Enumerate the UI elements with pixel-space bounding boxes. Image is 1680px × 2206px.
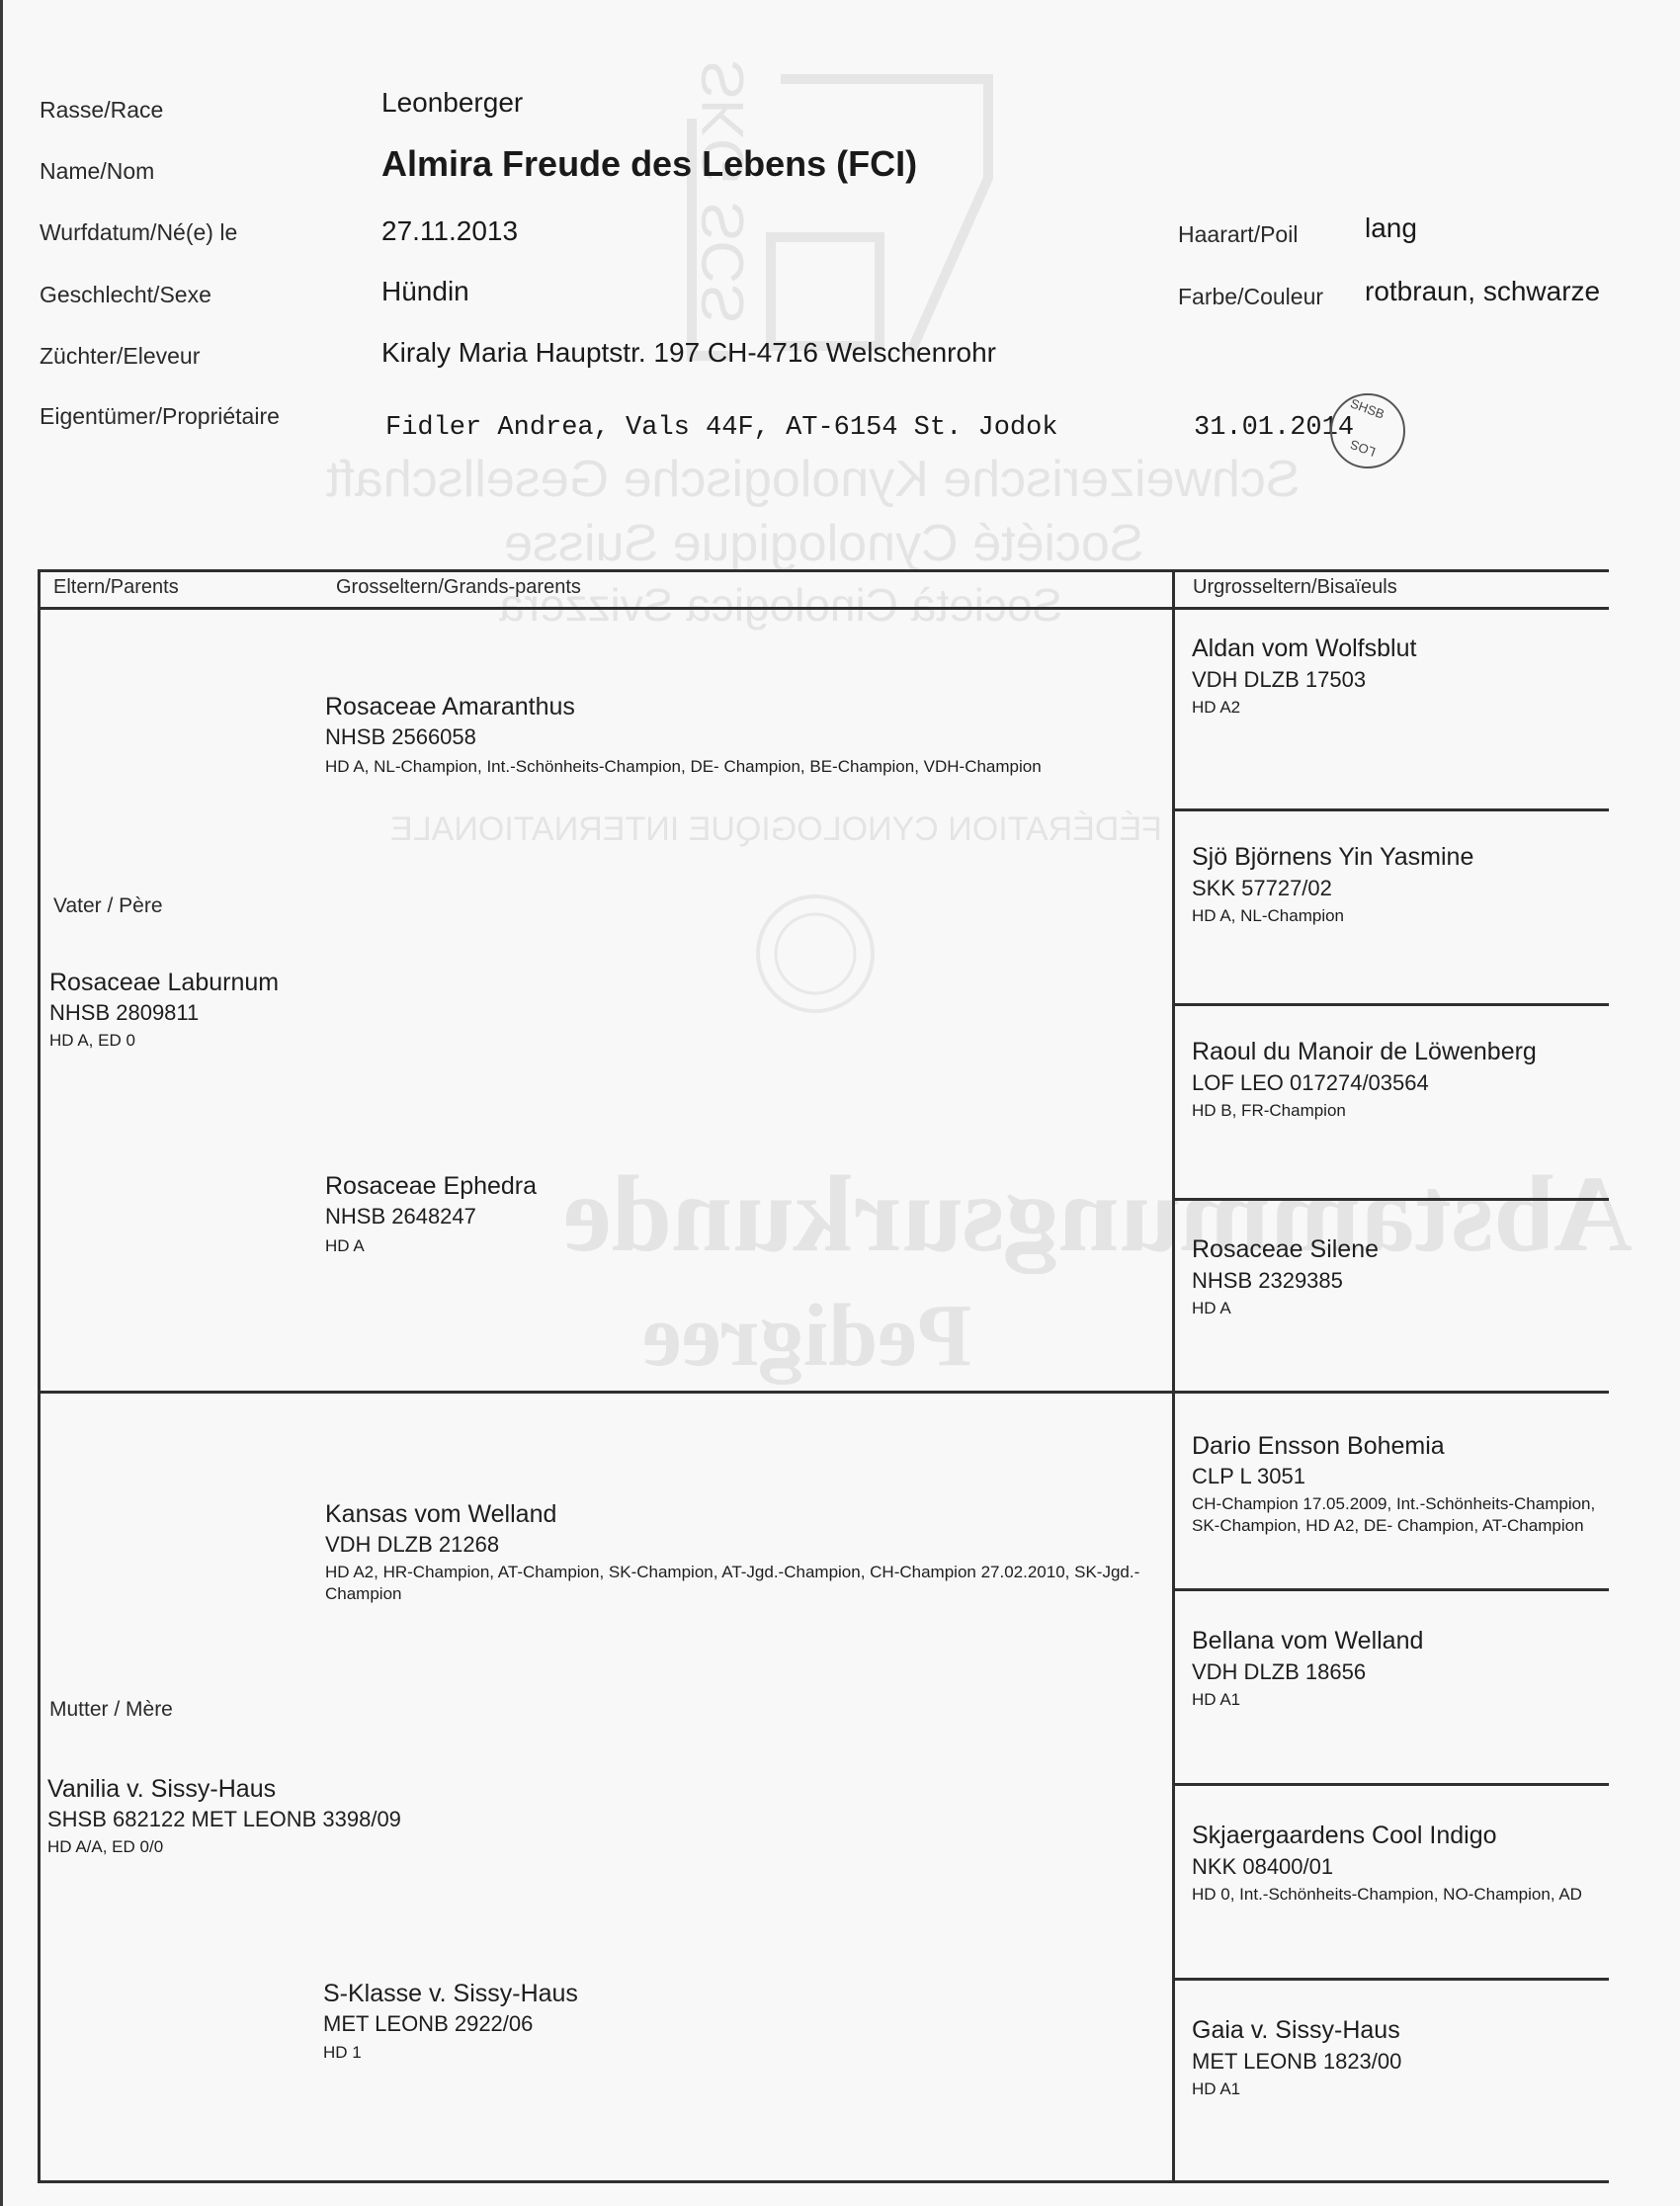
grandparent-name: S-Klasse v. Sissy-Haus <box>323 1980 578 2008</box>
skg-logo-watermark <box>672 59 998 366</box>
watermark-society-fr: Société Cynologique Suisse <box>504 514 1144 573</box>
ggp-row-divider <box>1172 1783 1609 1786</box>
great-grandparent-reg: SKK 57727/02 <box>1192 876 1332 901</box>
great-grandparent-reg: VDH DLZB 18656 <box>1192 1659 1366 1685</box>
grandparent-name: Rosaceae Ephedra <box>325 1172 537 1201</box>
great-grandparent-name: Rosaceae Silene <box>1192 1235 1379 1264</box>
sire-reg: NHSB 2809811 <box>49 1000 199 1026</box>
great-grandparent-name: Bellana vom Welland <box>1192 1627 1423 1655</box>
great-grandparent-name: Aldan vom Wolfsblut <box>1192 635 1416 663</box>
great-grandparent-notes: HD A1 <box>1192 1689 1240 1711</box>
great-grandparent-notes: HD A2 <box>1192 697 1240 719</box>
great-grandparent-notes: HD A <box>1192 1298 1231 1319</box>
sire-notes: HD A, ED 0 <box>49 1030 135 1052</box>
great-grandparent-reg: NHSB 2329385 <box>1192 1268 1343 1294</box>
registry-stamp: SHSB LOS <box>1330 393 1405 468</box>
watermark-logo-text: SKG SCS <box>694 59 753 323</box>
great-grandparent-notes: HD 0, Int.-Schönheits-Champion, NO-Champ… <box>1192 1884 1608 1906</box>
page-edge <box>0 0 3 2206</box>
table-sire-dam-divider <box>38 1391 1609 1394</box>
sire-name: Rosaceae Laburnum <box>49 969 279 997</box>
coat-label: Haarart/Poil <box>1178 221 1298 248</box>
breed-value: Leonberger <box>381 87 523 119</box>
great-grandparent-name: Gaia v. Sissy-Haus <box>1192 2016 1400 2045</box>
grandparent-notes: HD A <box>325 1235 365 1257</box>
stamp-top-text: SHSB <box>1349 395 1386 421</box>
great-grandparent-name: Dario Ensson Bohemia <box>1192 1432 1445 1461</box>
birth-date-value: 27.11.2013 <box>381 215 518 247</box>
grandparent-reg: NHSB 2648247 <box>325 1204 476 1230</box>
stamp-bottom-text: LOS <box>1348 437 1378 460</box>
sex-value: Hündin <box>381 276 469 307</box>
table-left-border <box>38 569 41 2182</box>
grandparent-notes: HD A, NL-Champion, Int.-Schönheits-Champ… <box>325 756 1042 778</box>
great-grandparent-notes: HD B, FR-Champion <box>1192 1100 1346 1122</box>
grandparent-reg: NHSB 2566058 <box>325 724 476 750</box>
ggp-row-divider <box>1172 1003 1609 1006</box>
breed-label: Rasse/Race <box>40 97 163 124</box>
header-parents: Eltern/Parents <box>53 576 179 599</box>
fci-globe-watermark <box>751 890 880 1018</box>
ggp-row-divider <box>1172 1198 1609 1201</box>
watermark-fci: FÉDÉRATION CYNOLOGIQUE INTERNATIONALE <box>390 810 1162 849</box>
owner-label: Eigentümer/Propriétaire <box>40 403 280 430</box>
grandparent-reg: MET LEONB 2922/06 <box>323 2011 533 2037</box>
dam-name: Vanilia v. Sissy-Haus <box>47 1775 276 1804</box>
great-grandparent-reg: CLP L 3051 <box>1192 1464 1305 1489</box>
name-label: Name/Nom <box>40 158 154 185</box>
sire-role-label: Vater / Père <box>53 894 163 918</box>
color-label: Farbe/Couleur <box>1178 284 1323 310</box>
watermark-society-de: Schweizerische Kynologische Gesellschaft <box>326 450 1301 509</box>
table-header-border <box>38 607 1609 610</box>
ggp-row-divider <box>1172 808 1609 811</box>
grandparent-notes: HD A2, HR-Champion, AT-Champion, SK-Cham… <box>325 1562 1165 1605</box>
dog-name-value: Almira Freude des Lebens (FCI) <box>381 143 917 185</box>
grandparent-name: Rosaceae Amaranthus <box>325 693 575 721</box>
great-grandparent-notes: HD A, NL-Champion <box>1192 905 1344 927</box>
header-great-grandparents: Urgrosseltern/Bisaïeuls <box>1193 576 1397 599</box>
great-grandparent-reg: VDH DLZB 17503 <box>1192 667 1366 693</box>
table-top-border <box>38 569 1609 572</box>
table-bottom-border <box>38 2180 1609 2183</box>
color-value: rotbraun, schwarze <box>1365 276 1608 307</box>
dam-reg: SHSB 682122 MET LEONB 3398/09 <box>47 1807 401 1832</box>
great-grandparent-name: Skjaergaardens Cool Indigo <box>1192 1822 1497 1850</box>
birth-date-label: Wurfdatum/Né(e) le <box>40 219 237 246</box>
ggp-row-divider <box>1172 1978 1609 1981</box>
great-grandparent-notes: HD A1 <box>1192 2079 1240 2100</box>
watermark-title-en: Pedigree <box>642 1285 971 1387</box>
dam-notes: HD A/A, ED 0/0 <box>47 1836 163 1858</box>
grandparent-name: Kansas vom Welland <box>325 1500 556 1529</box>
great-grandparent-name: Raoul du Manoir de Löwenberg <box>1192 1038 1537 1066</box>
dam-role-label: Mutter / Mère <box>49 1698 173 1722</box>
breeder-value: Kiraly Maria Hauptstr. 197 CH-4716 Welsc… <box>381 337 996 369</box>
sex-label: Geschlecht/Sexe <box>40 282 211 308</box>
owner-value: Fidler Andrea, Vals 44F, AT-6154 St. Jod… <box>385 413 1058 443</box>
great-grandparent-reg: NKK 08400/01 <box>1192 1854 1333 1880</box>
great-grandparent-notes: CH-Champion 17.05.2009, Int.-Schönheits-… <box>1192 1493 1608 1539</box>
coat-value: lang <box>1365 212 1417 244</box>
ggp-row-divider <box>1172 1588 1609 1591</box>
great-grandparent-reg: MET LEONB 1823/00 <box>1192 2049 1401 2075</box>
breeder-label: Züchter/Eleveur <box>40 343 200 370</box>
watermark-title-de: Abstammungsurkunde <box>563 1151 1633 1277</box>
great-grandparent-reg: LOF LEO 017274/03564 <box>1192 1070 1429 1096</box>
watermark-society-it: Società Cinologica Svizzera <box>499 578 1062 632</box>
grandparent-reg: VDH DLZB 21268 <box>325 1532 499 1558</box>
grandparent-notes: HD 1 <box>323 2042 362 2064</box>
great-grandparent-name: Sjö Björnens Yin Yasmine <box>1192 843 1473 872</box>
header-grandparents: Grosseltern/Grands-parents <box>336 576 581 599</box>
